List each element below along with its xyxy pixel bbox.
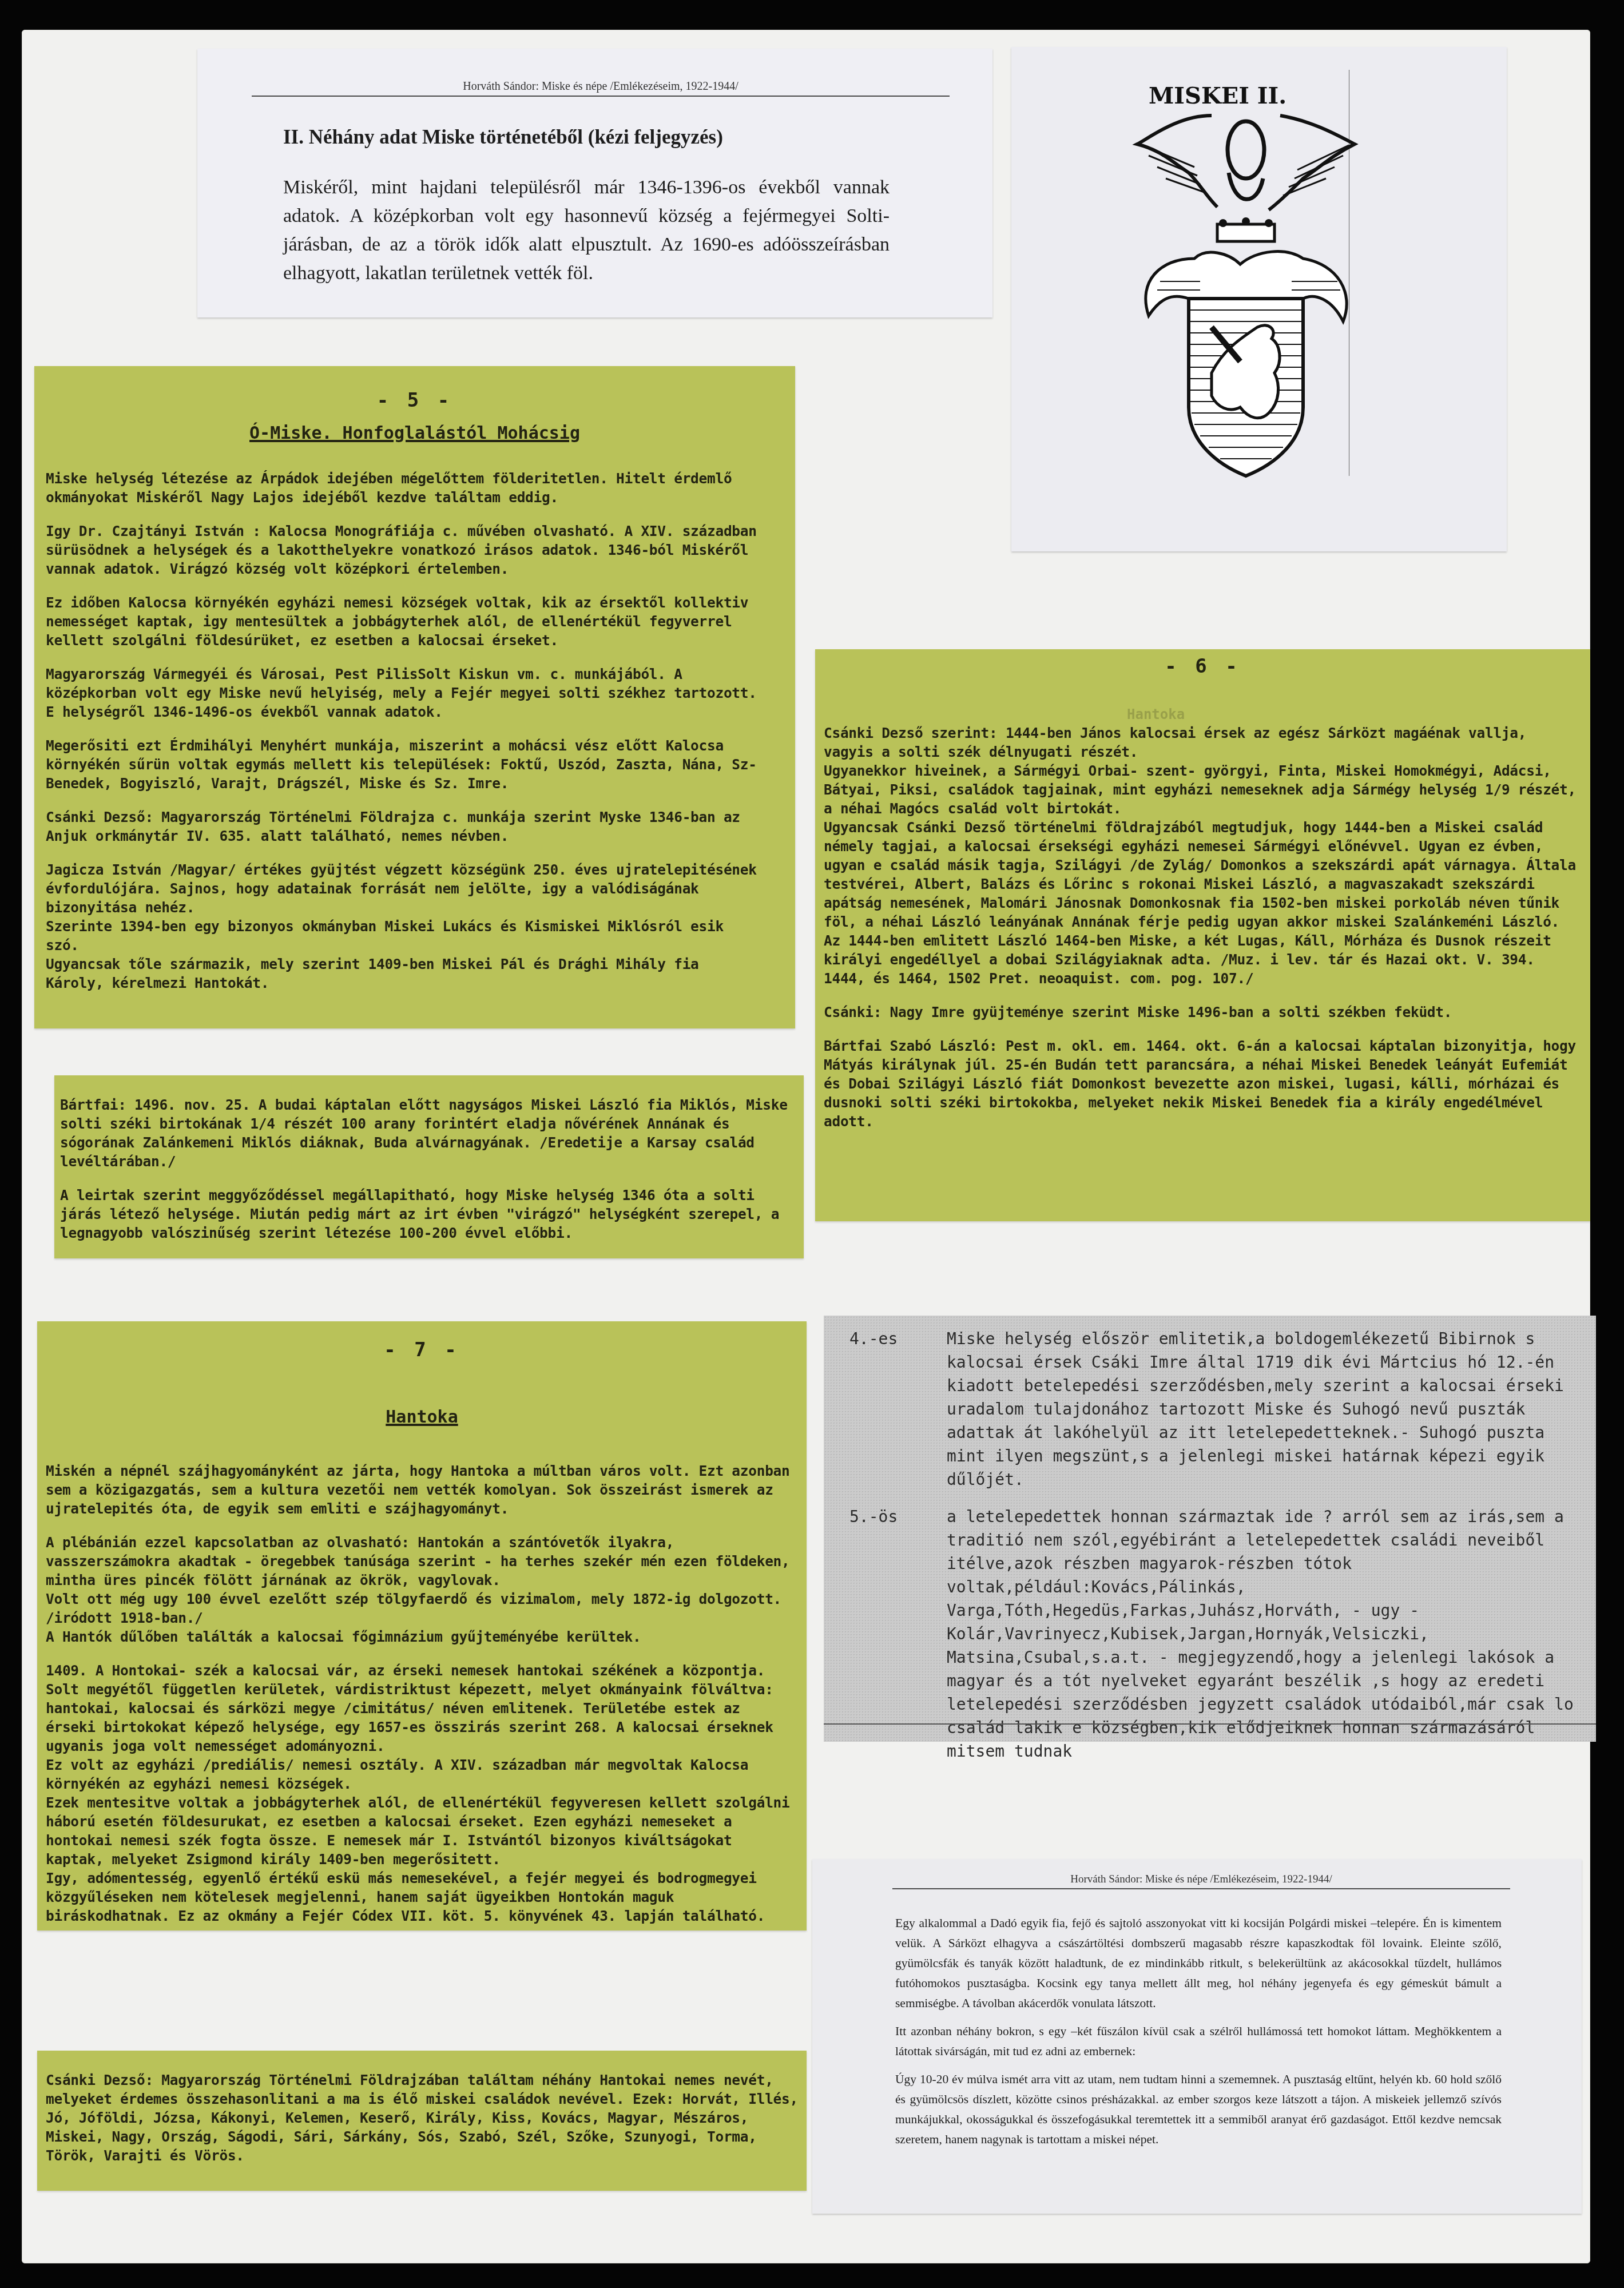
intro-title: II. Néhány adat Miske történetéből (kézi… (283, 126, 723, 149)
photocopy-sheet: 4.-es Miske helység először emlitetik,a … (824, 1316, 1596, 1742)
paragraph: 1409. A Hontokai- szék a kalocsai vár, a… (46, 1661, 795, 1925)
item-number: 4.-es (849, 1327, 947, 1491)
coat-of-arms-card: MISKEI II. (1011, 47, 1507, 551)
memoir-paragraph: Egy alkalommal a Dadó egyik fia, fejő és… (895, 1913, 1502, 2013)
section-title: Hantoka (37, 1407, 807, 1427)
paragraph: A plébánián ezzel kapcsolatban az olvash… (46, 1533, 795, 1646)
paragraph: Miske helység létezése az Árpádok idejéb… (46, 469, 761, 507)
family-names-paragraph: Csánki Dezső: Magyarország Történelmi Fö… (46, 2071, 801, 2165)
heraldic-coat-of-arms-icon (1126, 110, 1366, 487)
memoir-paragraph: Úgy 10-20 év múlva ismét arra vitt az ut… (895, 2069, 1502, 2150)
paragraph: Csánki Dezső szerint: 1444-ben János kal… (824, 724, 1579, 988)
typed-page-7: - 7 - Hantoka Miskén a népnél szájhagyom… (37, 1321, 807, 1930)
page-number: - 7 - (37, 1338, 807, 1361)
paragraph: Igy Dr. Czajtányi István : Kalocsa Monog… (46, 522, 761, 578)
header-rule (892, 1888, 1510, 1889)
typed-page-7-continuation: Csánki Dezső: Magyarország Történelmi Fö… (37, 2051, 807, 2191)
paragraph: Csánki Dezső: Magyarország Történelmi Fö… (46, 808, 761, 845)
paragraph: A leirtak szerint meggyőződéssel megálla… (60, 1186, 792, 1242)
paragraph: Miskén a népnél szájhagyományként az jár… (46, 1461, 795, 1518)
typed-page-6: - 6 - Hantoka Csánki Dezső szerint: 1444… (815, 649, 1590, 1221)
coat-of-arms-caption: MISKEI II. (1149, 82, 1287, 109)
paragraph: Csánki: Nagy Imre gyüjteménye szerint Mi… (824, 1003, 1579, 1022)
running-title: Horváth Sándor: Miske és népe /Emlékezés… (892, 1873, 1510, 1886)
paragraph: Magyarország Vármegyéi és Városai, Pest … (46, 665, 761, 721)
intro-body: Miskéről, mint hajdani településről már … (283, 173, 890, 288)
paragraph: Megerősiti ezt Érdmihályi Menyhért munká… (46, 736, 761, 793)
running-title: Horváth Sándor: Miske és népe /Emlékezés… (252, 80, 950, 93)
item-text: Miske helység először emlitetik,a boldog… (947, 1327, 1582, 1491)
section-title: Ó-Miske. Honfoglalástól Mohácsig (34, 423, 795, 443)
typed-page-5-continuation: Bártfai: 1496. nov. 25. A budai káptalan… (54, 1075, 804, 1258)
paragraph: Bártfai Szabó László: Pest m. okl. em. 1… (824, 1036, 1579, 1131)
page-number: - 6 - (815, 655, 1590, 678)
memoir-paragraph: Itt azonban néhány bokron, s egy –két fű… (895, 2021, 1502, 2061)
numbered-item: 4.-es Miske helység először emlitetik,a … (849, 1327, 1582, 1491)
page-number: - 5 - (34, 389, 795, 412)
paragraph: Jagicza István /Magyar/ értékes gyüjtést… (46, 860, 761, 992)
memoir-card: Horváth Sándor: Miske és népe /Emlékezés… (812, 1859, 1582, 2214)
header-rule (252, 96, 950, 97)
typed-page-5: - 5 - Ó-Miske. Honfoglalástól Mohácsig M… (34, 366, 795, 1028)
paragraph: Ez időben Kalocsa környékén egyházi neme… (46, 593, 761, 650)
intro-card: Horváth Sándor: Miske és népe /Emlékezés… (197, 49, 992, 317)
paragraph: Bártfai: 1496. nov. 25. A budai káptalan… (60, 1095, 792, 1171)
